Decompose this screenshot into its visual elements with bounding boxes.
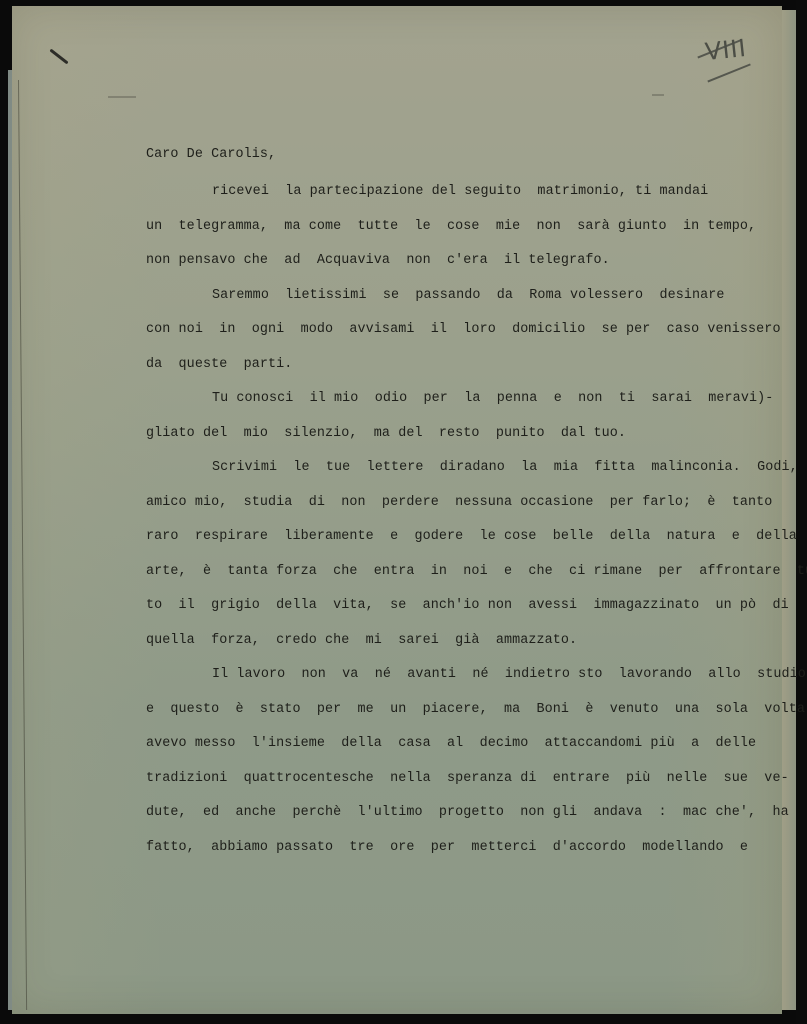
letter-line: gliato del mio silenzio, ma del resto pu… <box>146 417 721 452</box>
scan-border <box>796 0 807 1024</box>
letter-line: arte, è tanta forza che entra in noi e c… <box>146 555 721 590</box>
letter-line: avevo messo l'insieme della casa al deci… <box>146 727 721 762</box>
letter-line: dute, ed anche perchè l'ultimo progetto … <box>146 796 721 831</box>
letter-body: Caro De Carolis, ricevei la partecipazio… <box>146 140 721 865</box>
page-number: VIII <box>704 34 748 66</box>
typed-guide-mark-right <box>652 94 664 96</box>
letter-line: quella forza, credo che mi sarei già amm… <box>146 624 721 659</box>
letter-line: amico mio, studia di non perdere nessuna… <box>146 486 721 521</box>
letter-line: da queste parti. <box>146 348 721 383</box>
letter-line: Tu conosci il mio odio per la penna e no… <box>146 382 721 417</box>
letter-lines: ricevei la partecipazione del seguito ma… <box>146 175 721 865</box>
letter-line: raro respirare liberamente e godere le c… <box>146 520 721 555</box>
letter-line: to il grigio della vita, se anch'io non … <box>146 589 721 624</box>
letter-line: tradizioni quattrocentesche nella speran… <box>146 762 721 797</box>
letter-line: non pensavo che ad Acquaviva non c'era i… <box>146 244 721 279</box>
letter-line: Saremmo lietissimi se passando da Roma v… <box>146 279 721 314</box>
letter-line: un telegramma, ma come tutte le cose mie… <box>146 210 721 245</box>
letter-line: Scrivimi le tue lettere diradano la mia … <box>146 451 721 486</box>
salutation: Caro De Carolis, <box>146 140 721 175</box>
letter-line: Il lavoro non va né avanti né indietro s… <box>146 658 721 693</box>
right-sheet-edge <box>782 10 796 1010</box>
letter-line: fatto, abbiamo passato tre ore per mette… <box>146 831 721 866</box>
letter-line: con noi in ogni modo avvisami il loro do… <box>146 313 721 348</box>
letter-line: e questo è stato per me un piacere, ma B… <box>146 693 721 728</box>
typed-guide-mark-left <box>108 96 136 98</box>
letter-line: ricevei la partecipazione del seguito ma… <box>146 175 721 210</box>
